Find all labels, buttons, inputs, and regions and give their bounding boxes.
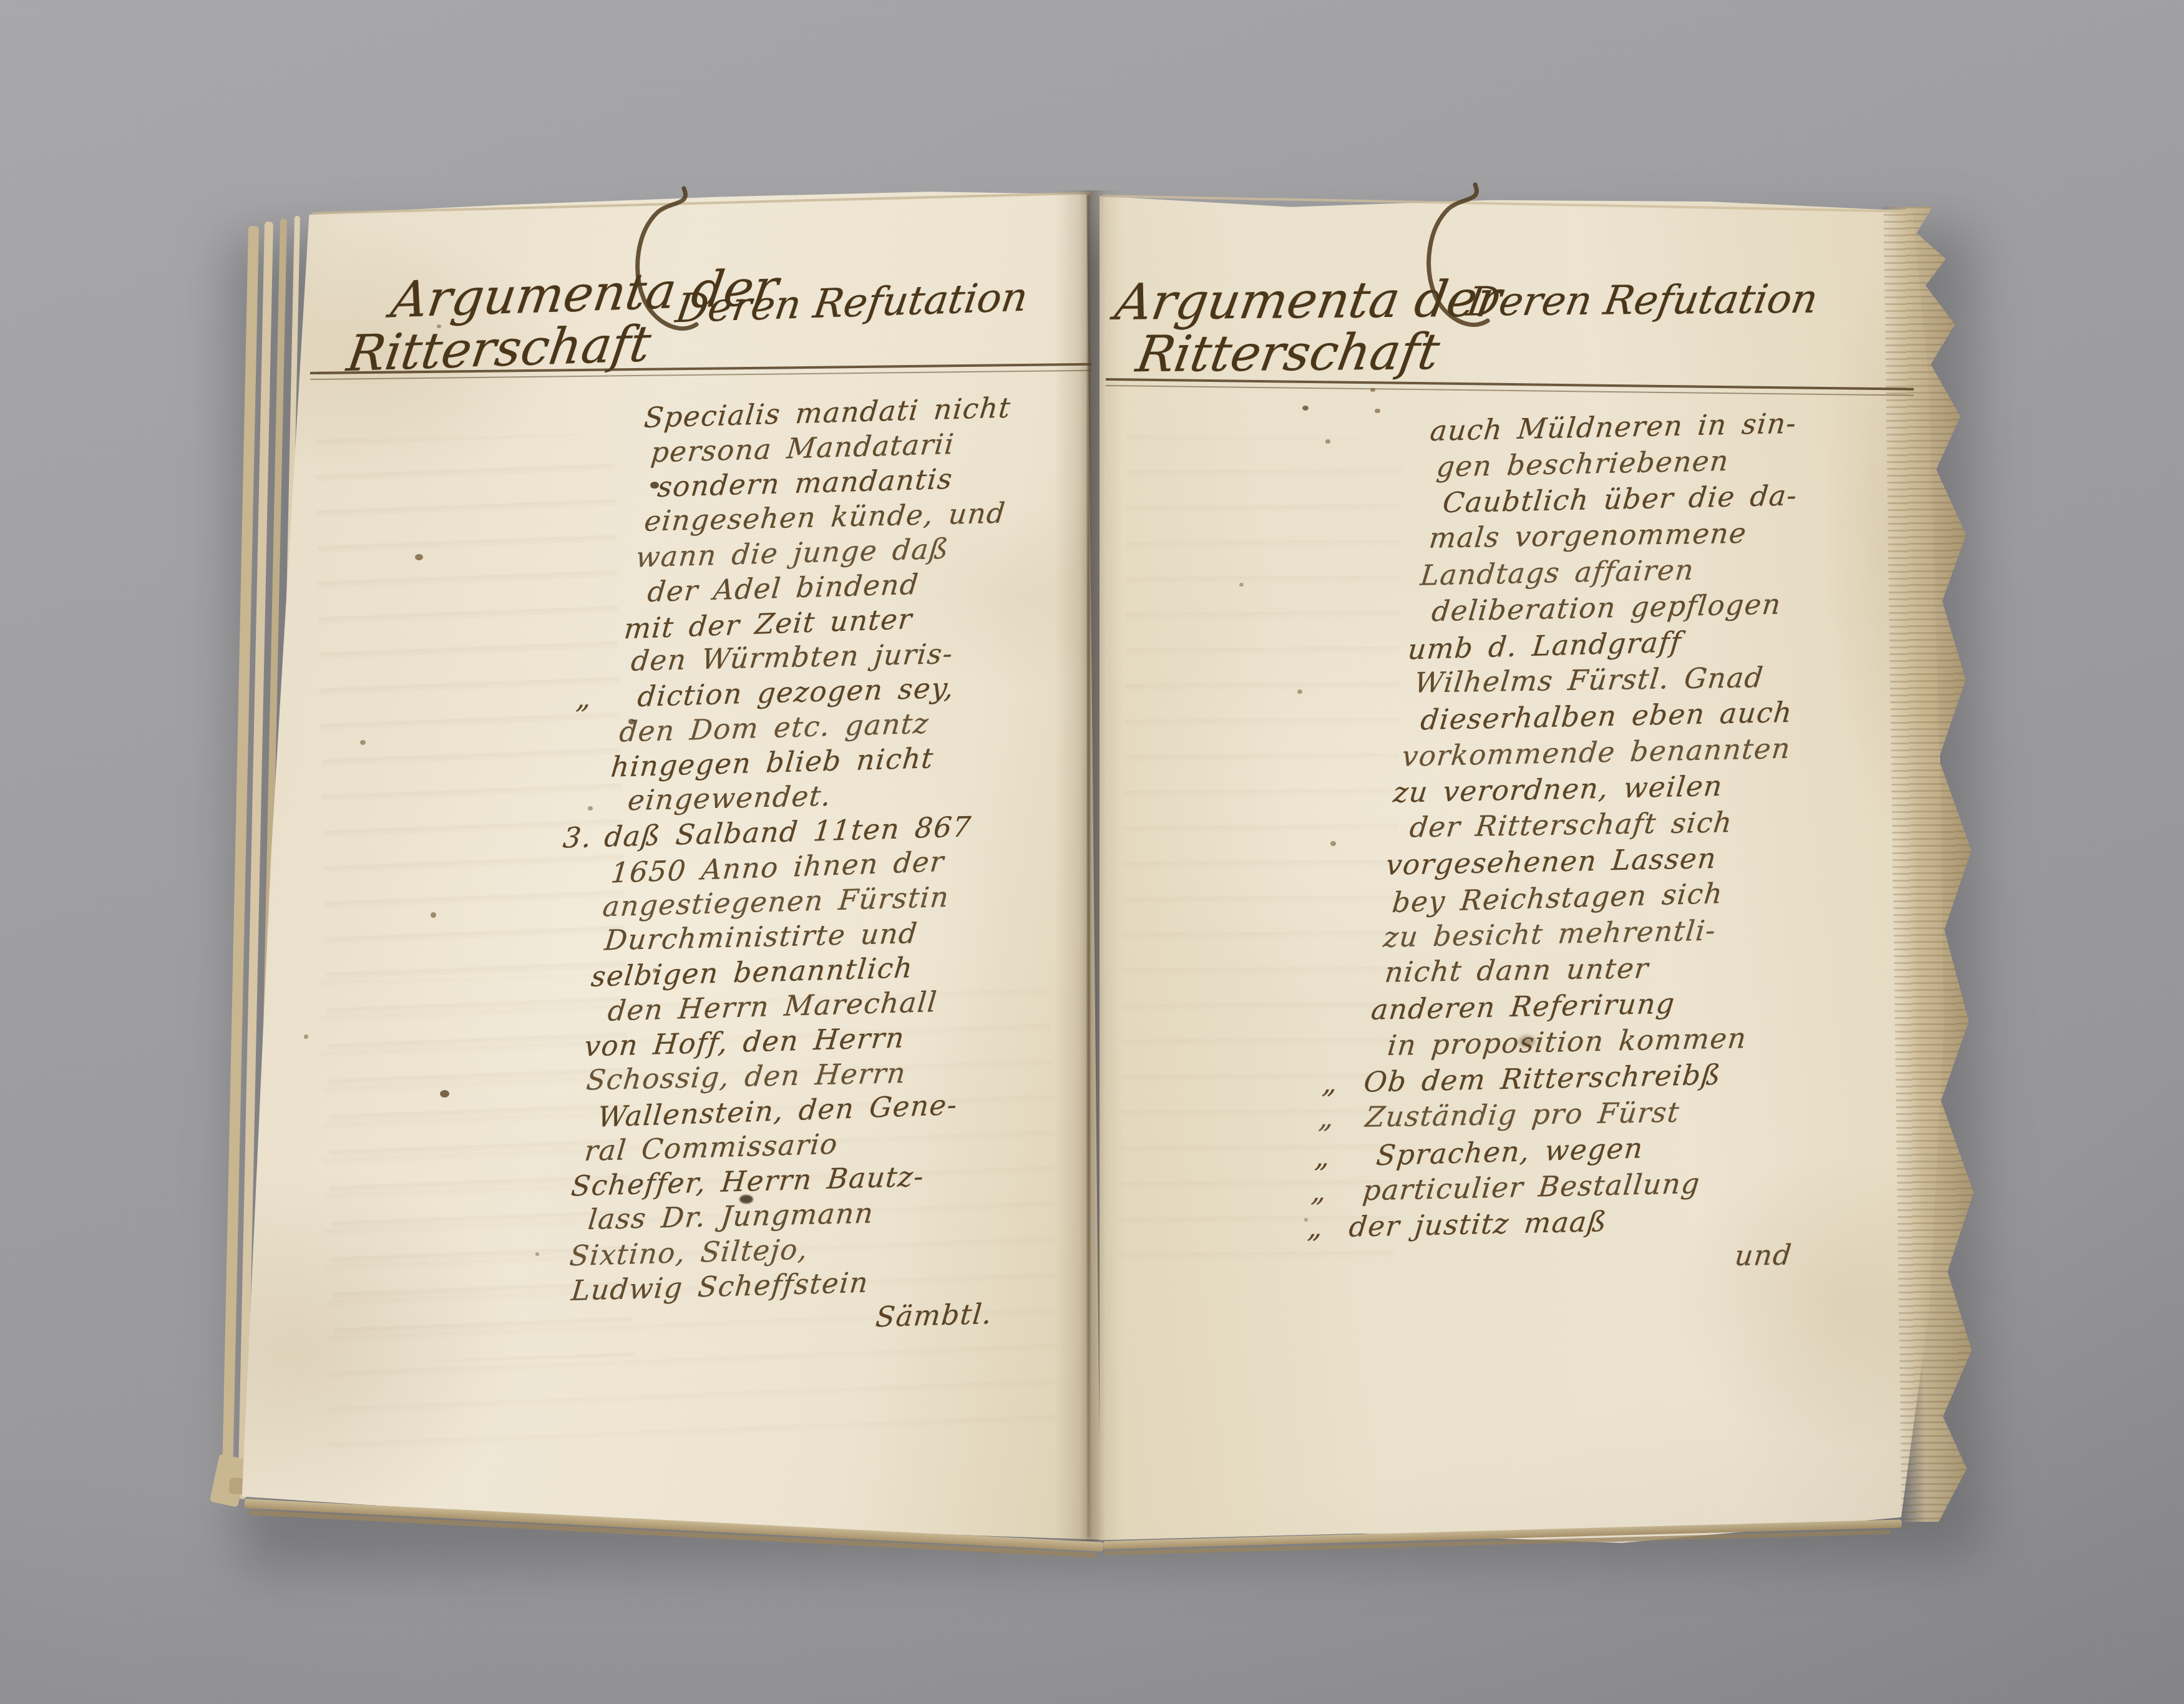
margin-marker: „ <box>1314 1139 1332 1176</box>
line-text: der justitz maaß <box>1347 1205 1609 1244</box>
line-text: bey Reichstagen sich <box>1391 877 1725 919</box>
line-text: Durchministirte und <box>603 917 919 957</box>
manuscript-line: und <box>1343 1237 1798 1280</box>
line-text: gen beschriebenen <box>1435 444 1731 484</box>
line-text: deliberation gepflogen <box>1430 588 1783 628</box>
foxing-spot <box>535 1252 539 1256</box>
line-text: Sämbtl. <box>874 1297 994 1333</box>
line-text: Landtags affairen <box>1419 553 1696 592</box>
foxing-spot <box>431 912 436 918</box>
line-text: dieserhalben eben auch <box>1419 696 1794 736</box>
line-text: in proposition kommen <box>1386 1021 1748 1062</box>
foxing-spot <box>1330 841 1336 846</box>
foxing-spot <box>1297 689 1302 694</box>
foxing-spot <box>1325 439 1330 444</box>
line-text: sondern mandantis <box>656 462 954 504</box>
foxing-spot <box>1239 583 1244 587</box>
line-text: und <box>1733 1239 1793 1272</box>
ink-blot <box>628 719 635 724</box>
line-text: Wilhelms Fürstl. Gnad <box>1413 661 1765 699</box>
line-text: nicht dann unter <box>1383 952 1650 989</box>
foxing-spot <box>1304 1218 1308 1222</box>
line-text: zu verordnen, weilen <box>1392 769 1724 809</box>
line-text: zu besicht mehrentli- <box>1382 914 1718 954</box>
margin-marker: „ <box>575 681 593 716</box>
line-text: Zuständig pro Fürst <box>1363 1096 1681 1134</box>
margin-marker: 3. <box>562 820 593 855</box>
foxing-spot <box>437 324 441 328</box>
ink-blot <box>650 482 659 489</box>
line-text: der Ritterschaft sich <box>1408 806 1735 844</box>
ink-smudge <box>1519 1036 1535 1047</box>
right-refutation-column: auch Müldneren in sin-gen beschriebenenC… <box>1343 404 1882 1282</box>
line-text: ral Commissario <box>583 1127 839 1167</box>
line-text: vorkommende benannten <box>1400 732 1792 773</box>
line-text: auch Müldneren in sin- <box>1428 407 1798 447</box>
line-text: mals vorgenommene <box>1428 517 1749 555</box>
line-text: eingewendet. <box>626 779 834 817</box>
line-text: vorgesehenen Lassen <box>1385 842 1718 882</box>
line-text: Ob dem Ritterschreibß <box>1362 1058 1723 1099</box>
line-text: umb d. Landgraff <box>1406 625 1683 666</box>
foxing-spot <box>588 806 593 811</box>
gutter-crease <box>1087 195 1090 1537</box>
foxing-spot <box>1375 409 1380 413</box>
line-text: Sprachen, wegen <box>1375 1131 1645 1172</box>
foxing-spot <box>1370 388 1375 392</box>
manuscript-photo: Argumenta der Ritterschaft Deren Refutat… <box>0 0 2184 1704</box>
foxing-spot <box>653 968 658 973</box>
line-text: anderen Referirung <box>1370 987 1677 1026</box>
line-text: particulier Bestallung <box>1361 1167 1702 1207</box>
foxing-spot <box>360 740 366 745</box>
ink-blot <box>739 1195 753 1204</box>
foxing-spot <box>415 554 423 560</box>
foxing-spot <box>304 1035 308 1039</box>
foxing-spot <box>1302 406 1309 411</box>
right-page-header-refutation: Deren Refutation <box>1464 278 1821 324</box>
line-text: Sixtino, Siltejo, <box>568 1233 809 1273</box>
line-text: den Würmbten juris- <box>630 637 955 678</box>
foxing-spot <box>440 1090 449 1098</box>
line-text: lass Dr. Jungmann <box>587 1197 875 1236</box>
left-refutation-column: Specialis mandati nichtpersona Mandatari… <box>557 388 1084 1343</box>
line-text: Caubtlich über die da- <box>1441 479 1799 519</box>
